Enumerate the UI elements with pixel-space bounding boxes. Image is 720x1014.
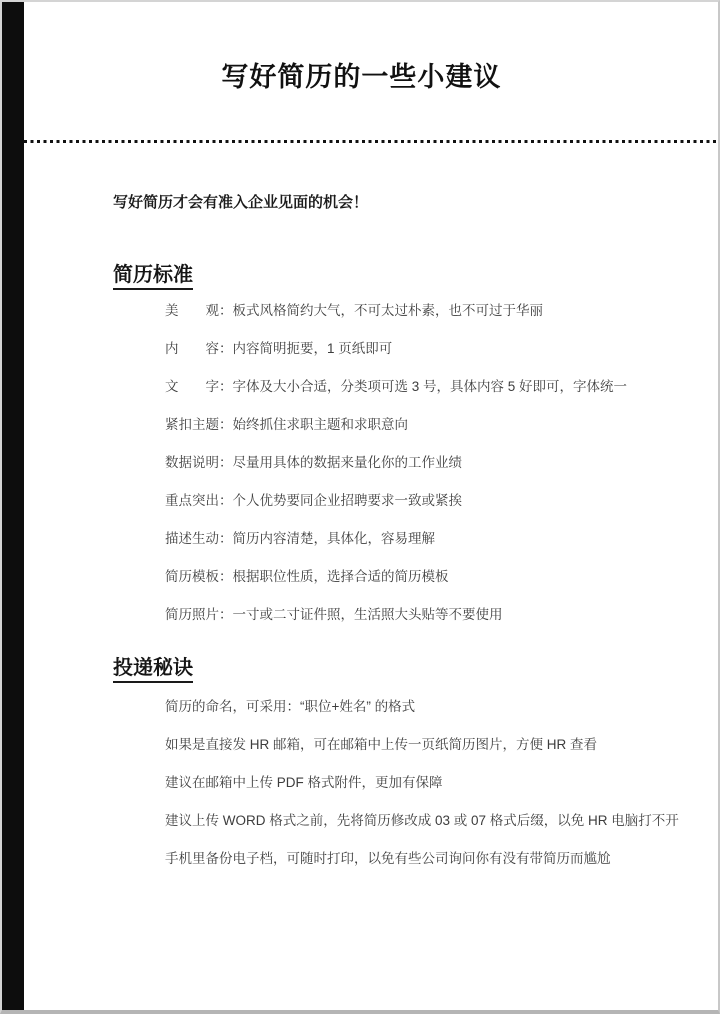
list-item: 如果是直接发 HR 邮箱，可在邮箱中上传一页纸简历图片，方便 HR 查看: [165, 737, 679, 753]
list-item: 简历模板：根据职位性质，选择合适的简历模板: [165, 569, 679, 585]
intro-text: 写好简历才会有准入企业见面的机会！: [113, 193, 679, 213]
list-item: 美 观：板式风格简约大气，不可太过朴素，也不可过于华丽: [165, 303, 679, 319]
list-item: 简历照片：一寸或二寸证件照，生活照大头贴等不要使用: [165, 607, 679, 623]
resume-standards-list: 美 观：板式风格简约大气，不可太过朴素，也不可过于华丽 内 容：内容简明扼要，1…: [113, 303, 679, 623]
list-item: 手机里备份电子档，可随时打印，以免有些公司询问你有没有带简历而尴尬: [165, 851, 679, 867]
list-item: 重点突出：个人优势要同企业招聘要求一致或紧挨: [165, 493, 679, 509]
section-delivery-secrets: 投递秘诀 简历的命名，可采用：“职位+姓名” 的格式 如果是直接发 HR 邮箱，…: [113, 656, 679, 867]
delivery-secrets-list: 简历的命名，可采用：“职位+姓名” 的格式 如果是直接发 HR 邮箱，可在邮箱中…: [113, 699, 679, 867]
list-item: 内 容：内容简明扼要，1 页纸即可: [165, 341, 679, 357]
page-title: 写好简历的一些小建议: [34, 58, 689, 96]
section-heading-delivery-secrets: 投递秘诀: [113, 656, 193, 683]
dotted-divider: [24, 140, 719, 143]
left-accent-bar: [2, 2, 24, 1010]
list-item: 数据说明：尽量用具体的数据来量化你的工作业绩: [165, 455, 679, 471]
list-item: 文 字：字体及大小合适，分类项可选 3 号，具体内容 5 好即可，字体统一: [165, 379, 679, 395]
document-page: 写好简历的一些小建议 写好简历才会有准入企业见面的机会！ 简历标准 美 观：板式…: [0, 0, 720, 1014]
list-item: 简历的命名，可采用：“职位+姓名” 的格式: [165, 699, 679, 715]
list-item: 描述生动：简历内容清楚，具体化，容易理解: [165, 531, 679, 547]
section-heading-resume-standards: 简历标准: [113, 263, 193, 290]
list-item: 紧扣主题：始终抓住求职主题和求职意向: [165, 417, 679, 433]
section-resume-standards: 简历标准 美 观：板式风格简约大气，不可太过朴素，也不可过于华丽 内 容：内容简…: [113, 263, 679, 623]
document-content: 写好简历的一些小建议 写好简历才会有准入企业见面的机会！ 简历标准 美 观：板式…: [24, 2, 719, 1010]
list-item: 建议在邮箱中上传 PDF 格式附件，更加有保障: [165, 775, 679, 791]
list-item: 建议上传 WORD 格式之前，先将简历修改成 03 或 07 格式后缀，以免 H…: [165, 813, 679, 829]
